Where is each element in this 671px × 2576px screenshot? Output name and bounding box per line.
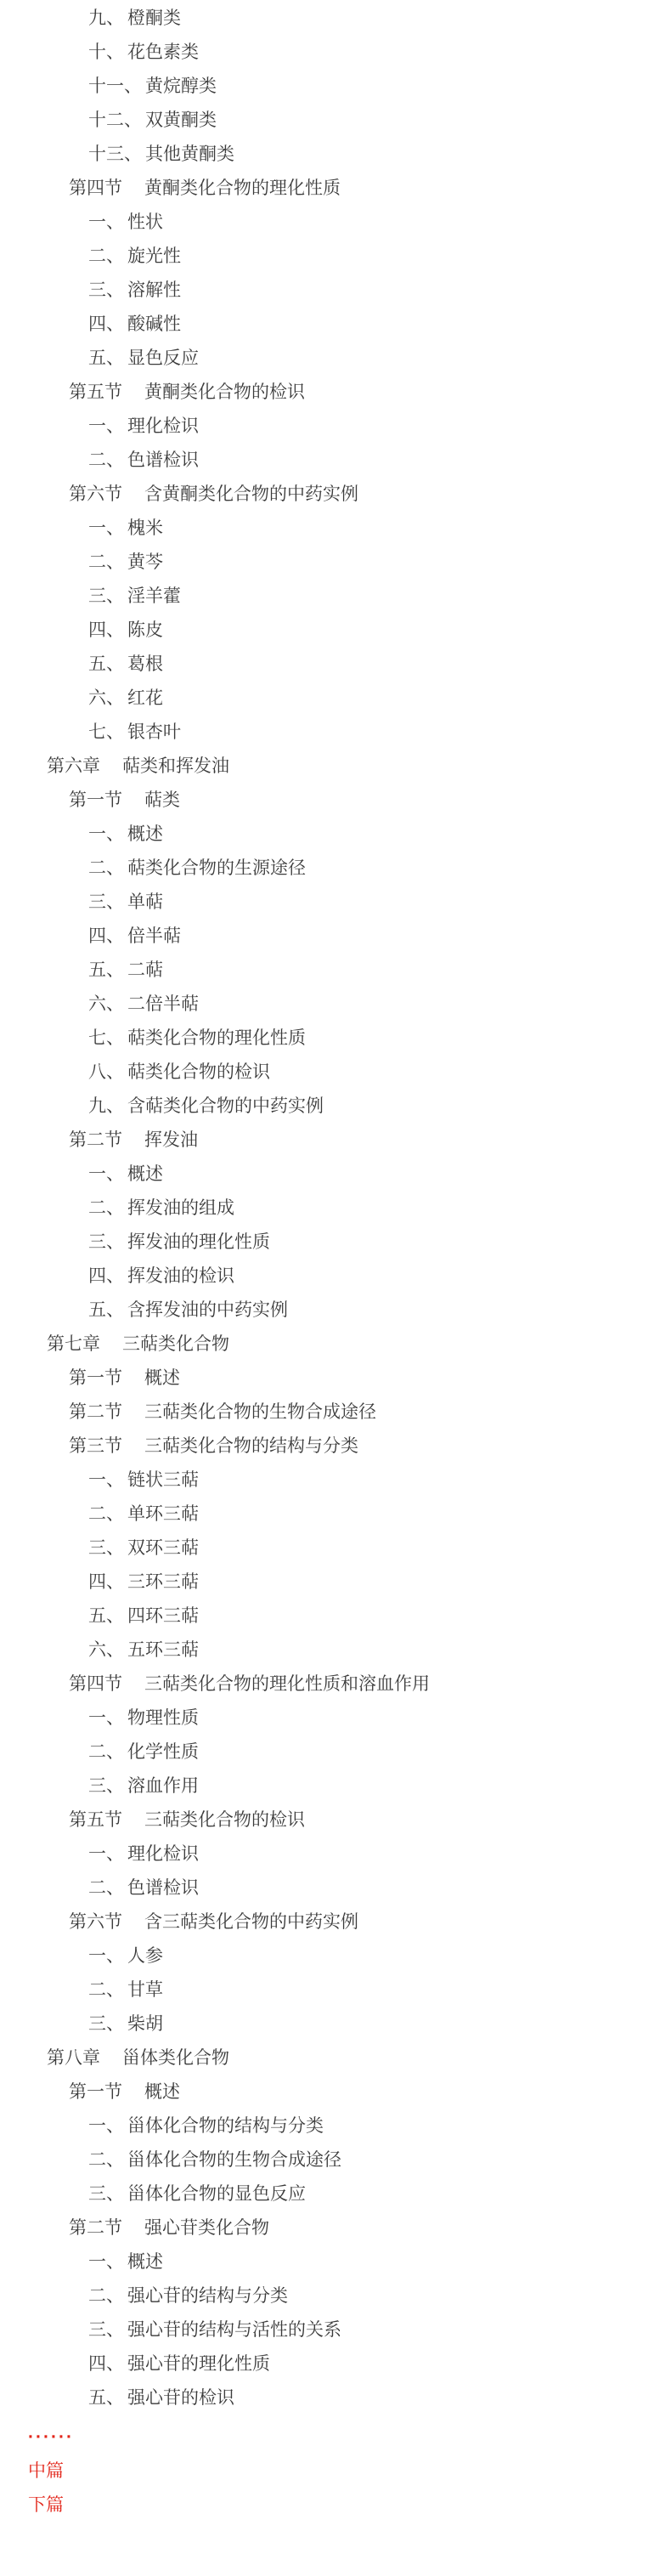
entry-number: 第四节: [69, 1674, 122, 1694]
entry-title: 链状三萜: [127, 1470, 199, 1490]
entry-number: 五、: [88, 654, 124, 674]
entry-number: 二、: [88, 552, 124, 572]
entry-title: 橙酮类: [127, 8, 181, 28]
entry-number: 十、: [88, 42, 124, 62]
entry-title: 性状: [127, 212, 163, 232]
toc-entry-item: 一、概述: [0, 1158, 671, 1192]
toc-entry-item: 三、挥发油的理化性质: [0, 1226, 671, 1260]
toc-entry-item: 一、理化检识: [0, 410, 671, 444]
entry-number: 四、: [88, 2354, 124, 2374]
toc-entry-chapter: 第六章萜类和挥发油: [0, 750, 671, 784]
entry-number: 二、: [88, 1980, 124, 2000]
entry-title: 单环三萜: [127, 1504, 199, 1524]
toc-entry-item: 六、二倍半萜: [0, 988, 671, 1022]
entry-number: 六、: [88, 1640, 124, 1660]
entry-number: 四、: [88, 314, 124, 334]
entry-number: 三、: [88, 1538, 124, 1558]
toc-entry-item: 一、理化检识: [0, 1837, 671, 1871]
entry-number: 三、: [88, 2184, 124, 2204]
toc-entry-item: 二、黄芩: [0, 546, 671, 580]
toc-entry-section: 第一节概述: [0, 1362, 671, 1396]
entry-title: 萜类和挥发油: [122, 756, 229, 776]
toc-entry-item: 一、人参: [0, 1939, 671, 1973]
entry-title: 甾体化合物的显色反应: [127, 2184, 306, 2204]
entry-number: 二、: [88, 1198, 124, 1218]
entry-number: 第六章: [47, 756, 100, 776]
toc-entry-item: 四、强心苷的理化性质: [0, 2347, 671, 2381]
entry-number: 一、: [88, 824, 124, 844]
entry-title: 概述: [127, 1164, 163, 1184]
entry-title: 概述: [127, 2252, 163, 2272]
toc-entry-item: 五、含挥发油的中药实例: [0, 1294, 671, 1328]
toc-entry-item: 五、二萜: [0, 954, 671, 988]
entry-number: 五、: [88, 960, 124, 980]
entry-number: 第二节: [69, 1130, 122, 1150]
entry-number: 三、: [88, 280, 124, 300]
entry-title: 概述: [144, 1368, 180, 1388]
entry-title: 红花: [127, 688, 163, 708]
entry-title: 二倍半萜: [127, 994, 199, 1014]
entry-number: 一、: [88, 1844, 124, 1864]
entry-number: 九、: [88, 8, 124, 28]
entry-number: 七、: [88, 722, 124, 742]
entry-title: 甾体化合物的生物合成途径: [127, 2150, 341, 2170]
entry-title: 三萜类化合物的检识: [144, 1810, 305, 1830]
entry-title: 柴胡: [127, 2014, 163, 2034]
entry-number: 四、: [88, 620, 124, 640]
toc-entry-item: 三、淫羊藿: [0, 580, 671, 614]
entry-title: 含萜类化合物的中药实例: [127, 1096, 324, 1116]
toc-entry-item: 二、甘草: [0, 1973, 671, 2007]
entry-title: 五环三萜: [127, 1640, 199, 1660]
entry-number: 十一、: [88, 76, 142, 96]
entry-title: 陈皮: [127, 620, 163, 640]
toc-entry-section: 第四节黄酮类化合物的理化性质: [0, 172, 671, 206]
entry-title: 萜类化合物的检识: [127, 1062, 270, 1082]
entry-title: 甾体化合物的结构与分类: [127, 2116, 324, 2136]
entry-number: 二、: [88, 2150, 124, 2170]
entry-title: 强心苷的理化性质: [127, 2354, 270, 2374]
entry-number: 三、: [88, 2014, 124, 2034]
entry-number: 三、: [88, 586, 124, 606]
entry-number: 六、: [88, 688, 124, 708]
entry-title: 溶血作用: [127, 1776, 199, 1796]
entry-title: 淫羊藿: [127, 586, 181, 606]
entry-title: 甘草: [127, 1980, 163, 2000]
entry-title: 三萜类化合物的生物合成途径: [144, 1402, 376, 1422]
entry-number: 二、: [88, 1878, 124, 1898]
entry-number: 第一节: [69, 2082, 122, 2102]
toc-entry-item: 三、强心苷的结构与活性的关系: [0, 2313, 671, 2347]
entry-number: 十二、: [88, 110, 142, 130]
entry-title: 强心苷的结构与活性的关系: [127, 2320, 341, 2340]
entry-title: 银杏叶: [127, 722, 181, 742]
toc-entry-item: 一、甾体化合物的结构与分类: [0, 2109, 671, 2143]
toc-entry-item: 一、概述: [0, 2245, 671, 2279]
entry-number: 五、: [88, 1606, 124, 1626]
entry-number: 一、: [88, 1708, 124, 1728]
entry-number: 六、: [88, 994, 124, 1014]
toc-entry-item: 十一、黄烷醇类: [0, 70, 671, 104]
entry-title: 三环三萜: [127, 1572, 199, 1592]
toc-entry-item: 四、酸碱性: [0, 308, 671, 342]
toc-entry-item: 五、四环三萜: [0, 1599, 671, 1633]
entry-number: 三、: [88, 892, 124, 912]
toc-entry-item: 三、溶解性: [0, 274, 671, 308]
entry-title: 理化检识: [127, 1844, 199, 1864]
toc-entry-item: 二、旋光性: [0, 240, 671, 274]
toc-entry-chapter: 第七章三萜类化合物: [0, 1328, 671, 1362]
toc-entry-item: 三、柴胡: [0, 2007, 671, 2041]
toc-entry-item: 三、甾体化合物的显色反应: [0, 2177, 671, 2211]
toc-entry-item: 四、挥发油的检识: [0, 1260, 671, 1294]
toc-entry-item: 四、倍半萜: [0, 920, 671, 954]
entry-number: 五、: [88, 1300, 124, 1320]
toc-entry-item: 六、红花: [0, 682, 671, 716]
entry-title: 化学性质: [127, 1742, 199, 1762]
entry-title: 挥发油的理化性质: [127, 1232, 270, 1252]
entry-number: 一、: [88, 1946, 124, 1966]
book-toc-page: 九、橙酮类十、花色素类十一、黄烷醇类十二、双黄酮类十三、其他黄酮类第四节黄酮类化…: [0, 0, 671, 2576]
entry-number: 第三节: [69, 1436, 122, 1456]
entry-number: 七、: [88, 1028, 124, 1048]
toc-entry-item: 九、橙酮类: [0, 2, 671, 36]
entry-title: 倍半萜: [127, 926, 181, 946]
entry-number: 第五节: [69, 382, 122, 402]
toc-entry-item: 二、甾体化合物的生物合成途径: [0, 2143, 671, 2177]
entry-title: 色谱检识: [127, 1878, 199, 1898]
entry-title: 强心苷类化合物: [144, 2218, 269, 2238]
entry-title: 旋光性: [127, 246, 181, 266]
entry-number: 九、: [88, 1096, 124, 1116]
entry-title: 二萜: [127, 960, 163, 980]
toc-entry-item: 七、萜类化合物的理化性质: [0, 1022, 671, 1056]
entry-number: 第七章: [47, 1334, 100, 1354]
toc-entry-item: 一、性状: [0, 206, 671, 240]
toc-entry-section: 第五节三萜类化合物的检识: [0, 1803, 671, 1837]
entry-number: 第二节: [69, 1402, 122, 1422]
entry-number: 二、: [88, 1504, 124, 1524]
toc-entry-item: 二、化学性质: [0, 1735, 671, 1769]
entry-number: 第六节: [69, 1912, 122, 1932]
entry-title: 三萜类化合物的结构与分类: [144, 1436, 358, 1456]
entry-number: 第一节: [69, 790, 122, 810]
entry-number: 二、: [88, 246, 124, 266]
toc-entry-item: 七、银杏叶: [0, 716, 671, 750]
entry-title: 甾体类化合物: [122, 2048, 229, 2068]
toc-entry-item: 十二、双黄酮类: [0, 104, 671, 138]
toc-entry-item: 四、陈皮: [0, 614, 671, 648]
entry-title: 强心苷的检识: [127, 2388, 234, 2408]
entry-title: 物理性质: [127, 1708, 199, 1728]
entry-title: 挥发油的组成: [127, 1198, 234, 1218]
entry-number: 第四节: [69, 178, 122, 198]
entry-number: 四、: [88, 926, 124, 946]
entry-number: 三、: [88, 1232, 124, 1252]
entry-number: 四、: [88, 1572, 124, 1592]
entry-title: 概述: [127, 824, 163, 844]
toc-entry-item: 一、物理性质: [0, 1701, 671, 1735]
entry-number: 一、: [88, 2116, 124, 2136]
toc-entry-chapter: 第八章甾体类化合物: [0, 2041, 671, 2075]
entry-number: 五、: [88, 348, 124, 368]
toc-entry-item: 一、链状三萜: [0, 1464, 671, 1497]
entry-title: 萜类化合物的理化性质: [127, 1028, 306, 1048]
entry-title: 萜类: [144, 790, 180, 810]
entry-number: 三、: [88, 2320, 124, 2340]
toc-entry-item: 一、概述: [0, 818, 671, 852]
entry-title: 黄酮类化合物的理化性质: [144, 178, 341, 198]
entry-number: 一、: [88, 518, 124, 538]
toc-entry-item: 四、三环三萜: [0, 1565, 671, 1599]
entry-number: 一、: [88, 416, 124, 436]
entry-title: 概述: [144, 2082, 180, 2102]
toc-entry-item: 五、强心苷的检识: [0, 2381, 671, 2415]
toc-entry-section: 第四节三萜类化合物的理化性质和溶血作用: [0, 1667, 671, 1701]
toc-entry-item: 二、色谱检识: [0, 1871, 671, 1905]
entry-number: 五、: [88, 2388, 124, 2408]
entry-title: 黄芩: [127, 552, 163, 572]
entry-number: 一、: [88, 1470, 124, 1490]
entry-number: 十三、: [88, 144, 142, 164]
toc-entry-section: 第五节黄酮类化合物的检识: [0, 376, 671, 410]
toc-entry-section: 第二节三萜类化合物的生物合成途径: [0, 1396, 671, 1430]
entry-title: 溶解性: [127, 280, 181, 300]
entry-title: 四环三萜: [127, 1606, 199, 1626]
entry-title: 黄烷醇类: [145, 76, 217, 96]
entry-title: 黄酮类化合物的检识: [144, 382, 305, 402]
toc-entry-item: 六、五环三萜: [0, 1633, 671, 1667]
entry-title: 含挥发油的中药实例: [127, 1300, 288, 1320]
entry-number: 一、: [88, 2252, 124, 2272]
toc-entry-section: 第三节三萜类化合物的结构与分类: [0, 1430, 671, 1464]
entry-number: 一、: [88, 1164, 124, 1184]
entry-title: 花色素类: [127, 42, 199, 62]
entry-number: 第五节: [69, 1810, 122, 1830]
entry-title: 挥发油的检识: [127, 1266, 234, 1286]
entry-title: 葛根: [127, 654, 163, 674]
entry-number: 一、: [88, 212, 124, 232]
toc-entry-item: 二、强心苷的结构与分类: [0, 2279, 671, 2313]
entry-number: 二、: [88, 858, 124, 878]
toc-entry-item: 三、溶血作用: [0, 1769, 671, 1803]
toc-entry-item: 三、单萜: [0, 886, 671, 920]
entry-title: 强心苷的结构与分类: [127, 2286, 288, 2306]
entry-title: 显色反应: [127, 348, 199, 368]
entry-title: 人参: [127, 1946, 163, 1966]
toc-entry-item: 五、显色反应: [0, 342, 671, 376]
toc-entry-item: 九、含萜类化合物的中药实例: [0, 1090, 671, 1124]
entry-title: 三萜类化合物: [122, 1334, 229, 1354]
toc-ellipsis: ······: [0, 2420, 671, 2454]
entry-title: 三萜类化合物的理化性质和溶血作用: [144, 1674, 430, 1694]
entry-number: 八、: [88, 1062, 124, 1082]
toc-entry-item: 一、槐米: [0, 512, 671, 546]
toc-entry-item: 十、花色素类: [0, 36, 671, 70]
toc-entry-item: 二、挥发油的组成: [0, 1192, 671, 1226]
entry-number: 二、: [88, 450, 124, 470]
entry-title: 单萜: [127, 892, 163, 912]
entry-title: 双环三萜: [127, 1538, 199, 1558]
toc-entry-item: 十三、其他黄酮类: [0, 138, 671, 172]
entry-number: 三、: [88, 1776, 124, 1796]
toc-more-section: ······ 中篇 下篇: [0, 2420, 671, 2522]
entry-title: 槐米: [127, 518, 163, 538]
toc-entry-item: 五、葛根: [0, 648, 671, 682]
toc-entry-section: 第六节含三萜类化合物的中药实例: [0, 1905, 671, 1939]
entry-title: 挥发油: [144, 1130, 198, 1150]
entry-title: 萜类化合物的生源途径: [127, 858, 306, 878]
entry-title: 含黄酮类化合物的中药实例: [144, 484, 358, 504]
entry-number: 二、: [88, 2286, 124, 2306]
toc-entry-item: 三、双环三萜: [0, 1531, 671, 1565]
toc-entry-section: 第一节概述: [0, 2075, 671, 2109]
toc-list: 九、橙酮类十、花色素类十一、黄烷醇类十二、双黄酮类十三、其他黄酮类第四节黄酮类化…: [0, 0, 671, 2415]
entry-number: 第一节: [69, 1368, 122, 1388]
entry-number: 第八章: [47, 2048, 100, 2068]
entry-title: 双黄酮类: [145, 110, 217, 130]
toc-entry-section: 第二节挥发油: [0, 1124, 671, 1158]
entry-number: 四、: [88, 1266, 124, 1286]
entry-number: 第二节: [69, 2218, 122, 2238]
toc-entry-item: 二、单环三萜: [0, 1497, 671, 1531]
toc-part-lower: 下篇: [0, 2488, 671, 2522]
toc-entry-item: 二、萜类化合物的生源途径: [0, 852, 671, 886]
toc-entry-item: 八、萜类化合物的检识: [0, 1056, 671, 1090]
toc-entry-section: 第一节萜类: [0, 784, 671, 818]
entry-title: 其他黄酮类: [145, 144, 234, 164]
entry-number: 第六节: [69, 484, 122, 504]
toc-entry-item: 二、色谱检识: [0, 444, 671, 478]
toc-entry-section: 第二节强心苷类化合物: [0, 2211, 671, 2245]
toc-part-middle: 中篇: [0, 2454, 671, 2488]
entry-number: 二、: [88, 1742, 124, 1762]
entry-title: 含三萜类化合物的中药实例: [144, 1912, 358, 1932]
entry-title: 理化检识: [127, 416, 199, 436]
entry-title: 酸碱性: [127, 314, 181, 334]
toc-entry-section: 第六节含黄酮类化合物的中药实例: [0, 478, 671, 512]
entry-title: 色谱检识: [127, 450, 199, 470]
